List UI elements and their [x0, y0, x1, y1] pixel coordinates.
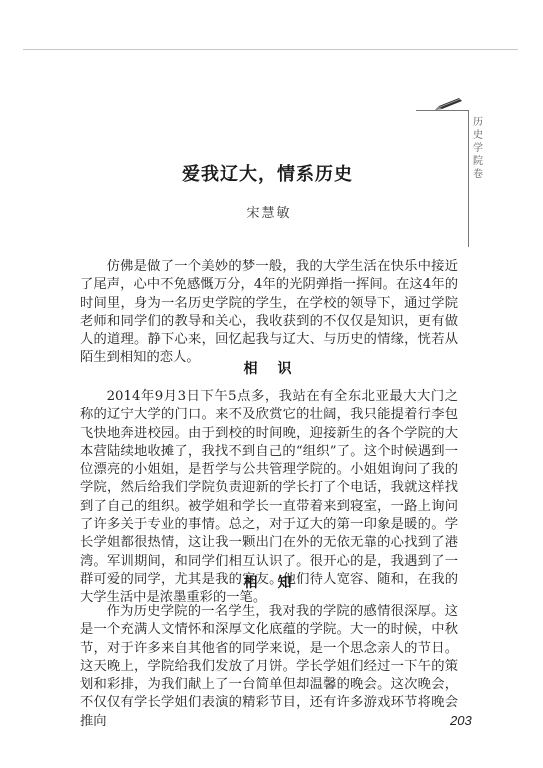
gutter-rule-horizontal — [416, 110, 468, 111]
intro-paragraph: 仿佛是做了一个美妙的梦一般，我的大学生活在快乐中接近了尾声，心中不免感慨万分，4… — [80, 258, 458, 368]
side-label-char: 历 — [472, 116, 484, 129]
pencil-icon — [433, 97, 463, 111]
heading-char: 相 — [244, 361, 258, 377]
heading-char: 知 — [278, 575, 292, 591]
heading-char: 相 — [244, 575, 258, 591]
intro-text: 仿佛是做了一个美妙的梦一般，我的大学生活在快乐中接近了尾声，心中不免感慨万分，4… — [80, 258, 458, 368]
section-text: 作为历史学院的一名学生，我对我的学院的感情很深厚。这是一个充满人文情怀和深厚文化… — [80, 603, 458, 731]
top-rule — [23, 49, 518, 50]
side-label-char: 史 — [472, 129, 484, 142]
page-number: 203 — [450, 713, 472, 728]
article-title: 爱我辽大，情系历史 — [0, 160, 535, 186]
heading-char: 识 — [278, 361, 292, 377]
section-paragraph: 作为历史学院的一名学生，我对我的学院的感情很深厚。这是一个充满人文情怀和深厚文化… — [80, 603, 458, 731]
article-author: 宋慧敏 — [0, 202, 538, 221]
side-label-char: 学 — [472, 142, 484, 155]
section-heading: 相知 — [0, 572, 535, 592]
section-heading: 相识 — [0, 358, 535, 378]
